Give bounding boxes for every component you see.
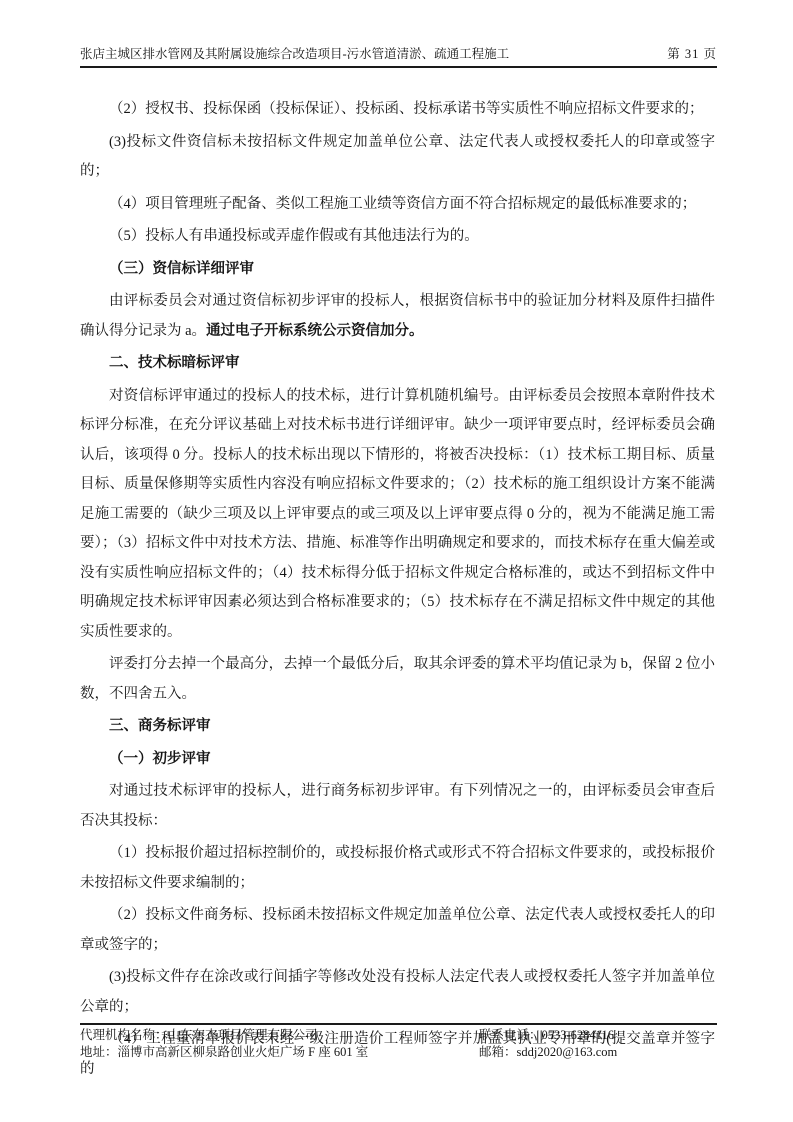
section-heading-tech-blind-review: 二、技术标暗标评审 <box>80 349 715 379</box>
credit-rejection-item-4: （4）项目管理班子配备、类似工程施工业绩等资信方面不符合招标规定的最低标准要求的… <box>80 190 715 220</box>
section-heading-credit-detail-review: （三）资信标详细评审 <box>80 255 715 285</box>
credit-rejection-item-5: （5）投标人有串通投标或弄虚作假或有其他违法行为的。 <box>80 222 715 252</box>
section-heading-business-review: 三、商务标评审 <box>80 712 715 742</box>
section-heading-preliminary-review: （一）初步评审 <box>80 745 715 775</box>
footer-phone: 联系电话：0533-6284116 <box>479 1027 717 1044</box>
business-rejection-item-1: （1）投标报价超过招标控制价的，或投标报价格式或形式不符合招标文件要求的，或投标… <box>80 839 715 898</box>
footer-left-column: 代理机构名称：山东东杰项目管理有限公司 地址：淄博市高新区柳泉路创业火炬广场 F… <box>80 1027 479 1061</box>
footer-address: 地址：淄博市高新区柳泉路创业火炬广场 F 座 601 室 <box>80 1044 479 1061</box>
business-intro-paragraph: 对通过技术标评审的投标人，进行商务标初步评审。有下列情况之一的，由评标委员会审查… <box>80 777 715 836</box>
document-body: （2）授权书、投标保函（投标保证）、投标函、投标承诺书等实质性不响应招标文件要求… <box>80 95 715 1087</box>
header-project-title: 张店主城区排水管网及其附属设施综合改造项目-污水管道清淤、疏通工程施工 <box>80 46 509 63</box>
business-rejection-item-3: (3)投标文件存在涂改或行间插字等修改处没有投标人法定代表人或授权委托人签字并加… <box>80 963 715 1022</box>
credit-rejection-item-3: (3)投标文件资信标未按招标文件规定加盖单位公章、法定代表人或授权委托人的印章或… <box>80 128 715 187</box>
business-rejection-item-2: （2）投标文件商务标、投标函未按招标文件规定加盖单位公章、法定代表人或授权委托人… <box>80 901 715 960</box>
credit-detail-paragraph: 由评标委员会对通过资信标初步评审的投标人，根据资信标书中的验证加分材料及原件扫描… <box>80 287 715 346</box>
credit-detail-bold-text: 通过电子开标系统公示资信加分。 <box>206 323 424 339</box>
page-footer: 代理机构名称：山东东杰项目管理有限公司 地址：淄博市高新区柳泉路创业火炬广场 F… <box>80 1023 717 1061</box>
footer-agency-name: 代理机构名称：山东东杰项目管理有限公司 <box>80 1027 479 1044</box>
footer-email: 邮箱：sddj2020@163.com <box>479 1044 717 1061</box>
scoring-method-paragraph: 评委打分去掉一个最高分，去掉一个最低分后，取其余评委的算术平均值记录为 b，保留… <box>80 650 715 709</box>
header-page-number: 第 31 页 <box>667 46 717 63</box>
tech-review-paragraph: 对资信标评审通过的投标人的技术标，进行计算机随机编号。由评标委员会按照本章附件技… <box>80 382 715 648</box>
credit-rejection-item-2: （2）授权书、投标保函（投标保证）、投标函、投标承诺书等实质性不响应招标文件要求… <box>80 95 715 125</box>
document-page: 张店主城区排水管网及其附属设施综合改造项目-污水管道清淤、疏通工程施工 第 31… <box>0 0 793 1122</box>
footer-right-column: 联系电话：0533-6284116 邮箱：sddj2020@163.com <box>479 1027 717 1061</box>
page-header: 张店主城区排水管网及其附属设施综合改造项目-污水管道清淤、疏通工程施工 第 31… <box>80 46 717 68</box>
